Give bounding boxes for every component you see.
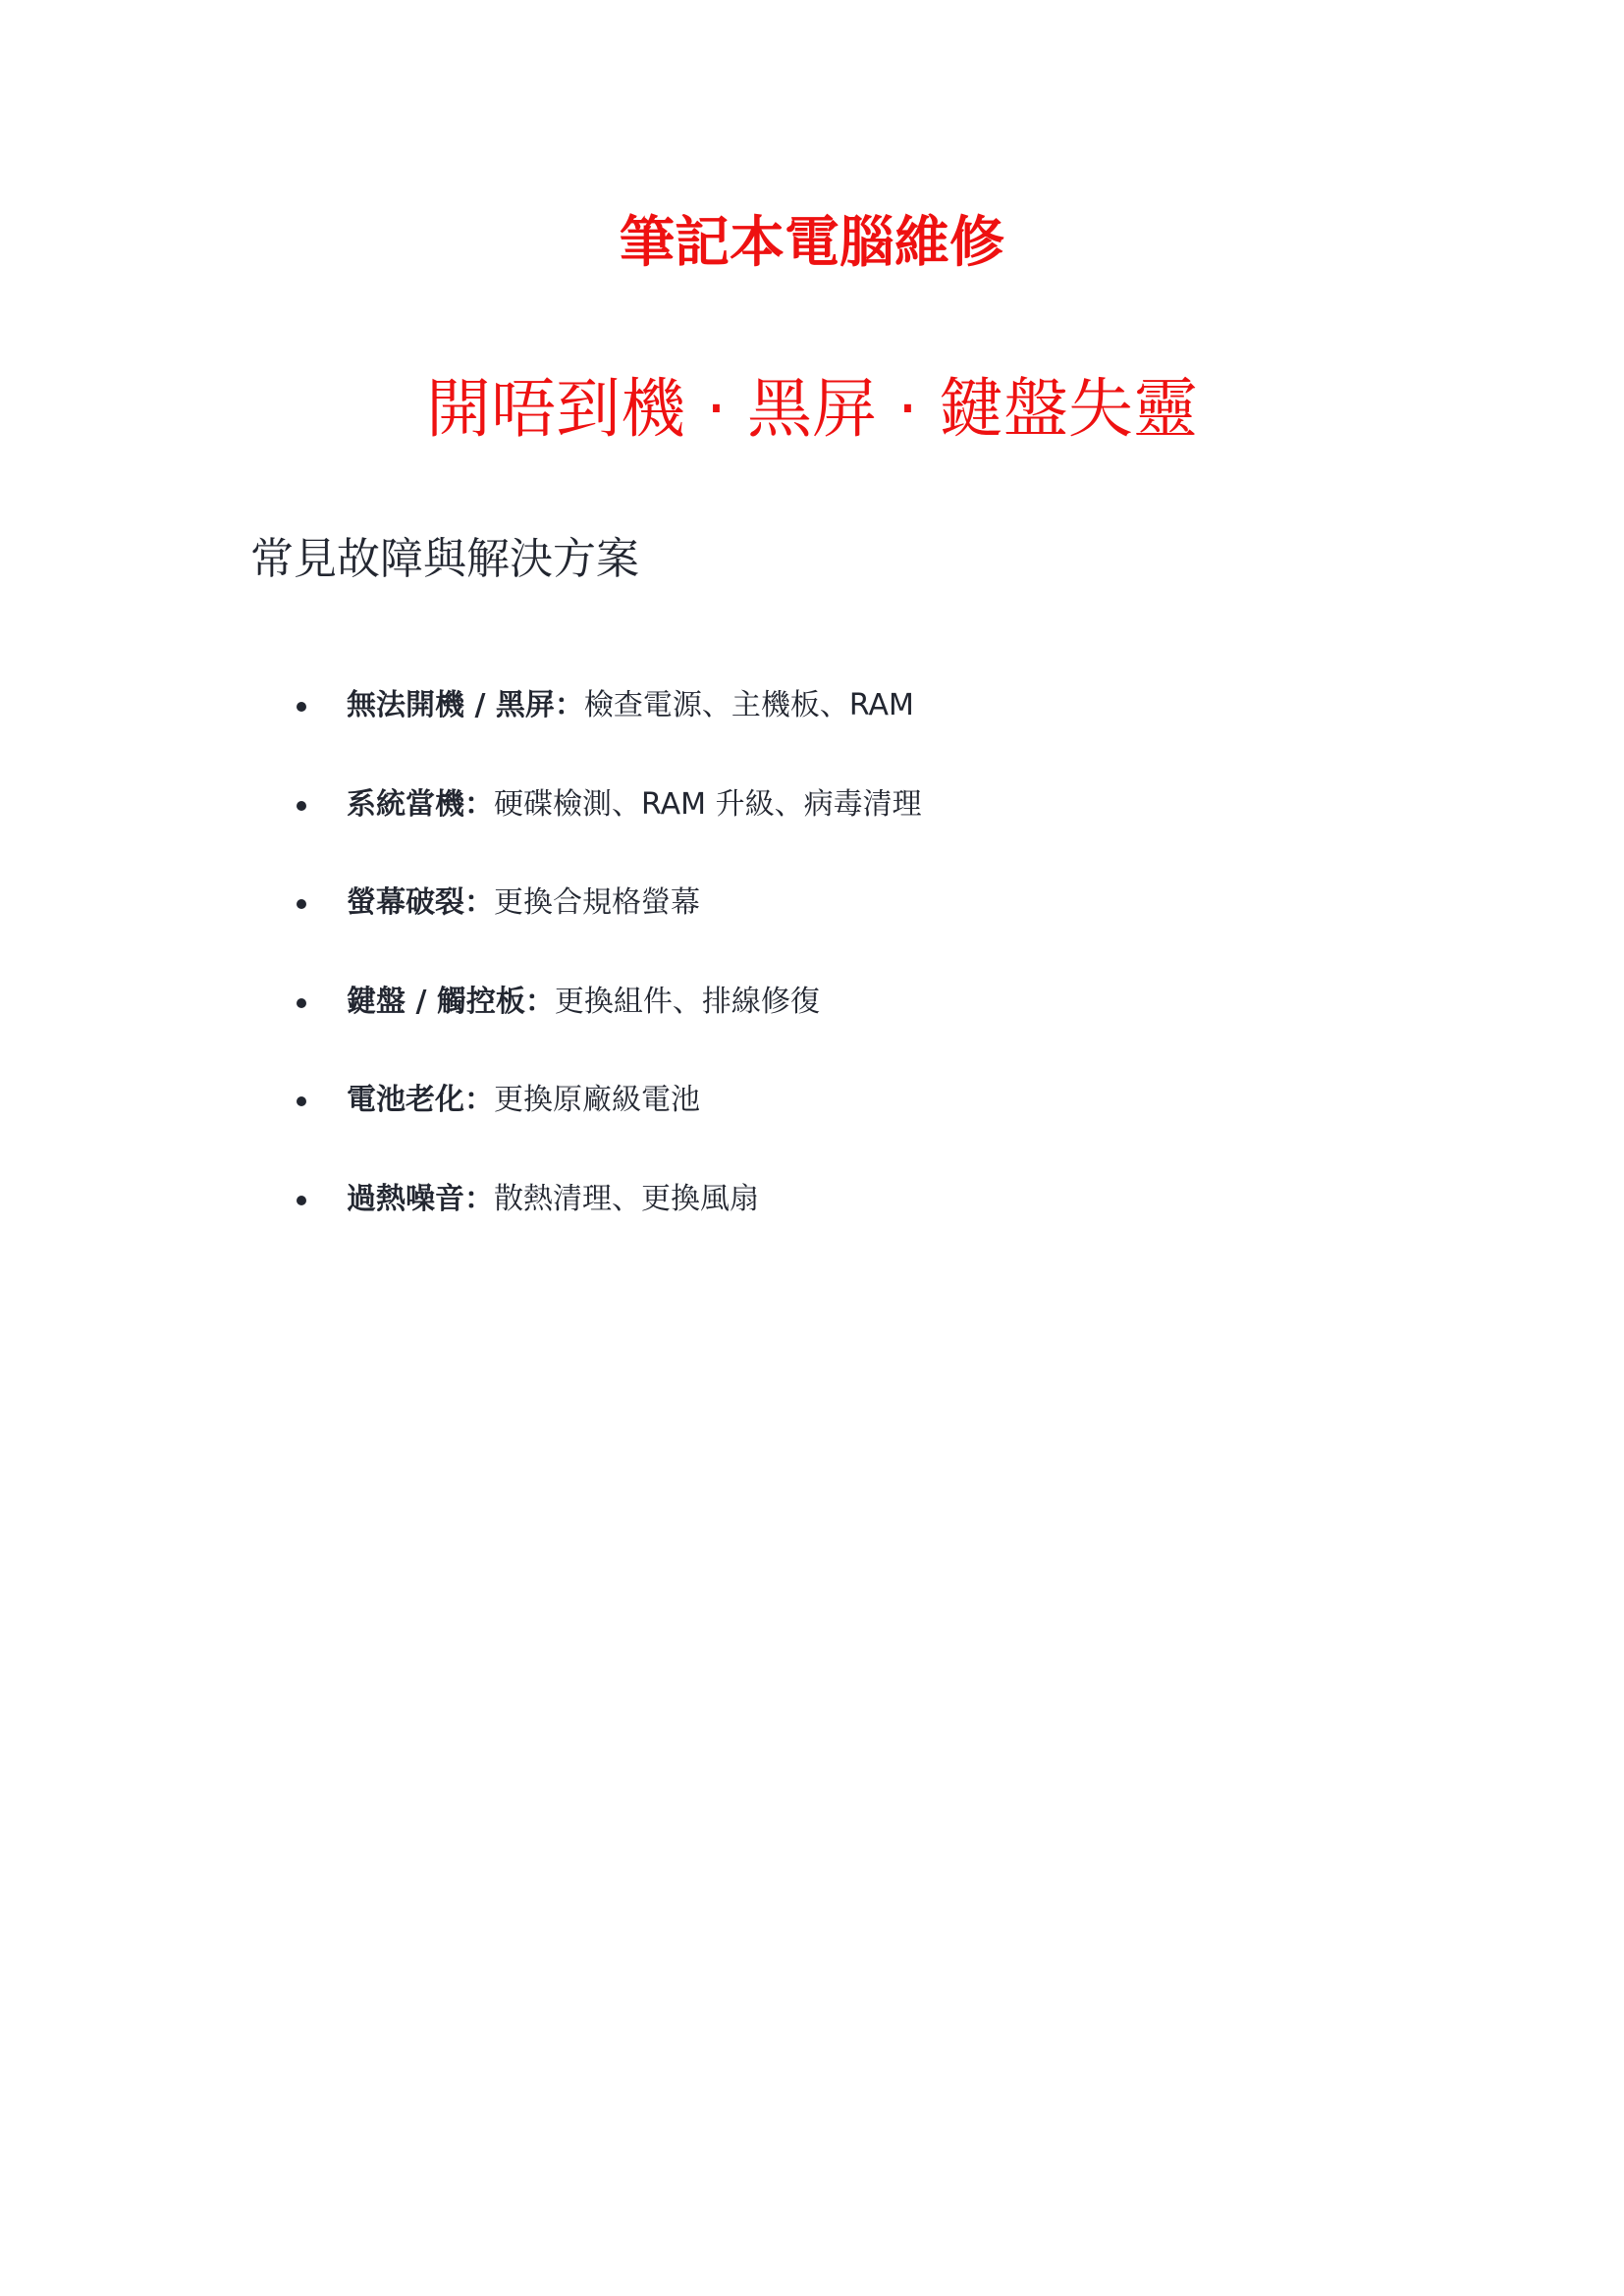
fault-label: 螢幕破裂： — [347, 885, 494, 920]
list-item-text: 過熱噪音：散熱清理、更換風扇 — [347, 1177, 759, 1222]
list-item: 無法開機 / 黑屏：檢查電源、主機板、RAM — [0, 671, 1624, 771]
section-heading: 常見故障與解決方案 — [250, 530, 639, 589]
fault-label: 電池老化： — [347, 1083, 494, 1117]
fault-description: 更換組件、排線修復 — [555, 985, 820, 1019]
bullet-icon — [297, 899, 306, 909]
list-item: 鍵盤 / 觸控板：更換組件、排線修復 — [0, 968, 1624, 1067]
list-item: 系統當機：硬碟檢測、RAM 升級、病毒清理 — [0, 771, 1624, 870]
list-item-text: 電池老化：更換原廠級電池 — [347, 1078, 700, 1123]
fault-description: 更換合規格螢幕 — [494, 885, 700, 920]
fault-description: 檢查電源、主機板、RAM — [584, 688, 914, 722]
document-page: 筆記本電腦維修 開唔到機 · 黑屏 · 鍵盤失靈 常見故障與解決方案 無法開機 … — [0, 0, 1624, 2296]
list-item-text: 系統當機：硬碟檢測、RAM 升級、病毒清理 — [347, 782, 922, 828]
bullet-icon — [297, 998, 306, 1008]
list-item: 過熱噪音：散熱清理、更換風扇 — [0, 1165, 1624, 1264]
fault-list: 無法開機 / 黑屏：檢查電源、主機板、RAM 系統當機：硬碟檢測、RAM 升級、… — [0, 671, 1624, 1263]
bullet-icon — [297, 702, 306, 712]
page-subtitle: 開唔到機 · 黑屏 · 鍵盤失靈 — [0, 365, 1624, 454]
fault-description: 更換原廠級電池 — [494, 1083, 700, 1117]
list-item-text: 螢幕破裂：更換合規格螢幕 — [347, 881, 700, 926]
fault-label: 鍵盤 / 觸控板： — [347, 985, 555, 1019]
fault-label: 無法開機 / 黑屏： — [347, 688, 584, 722]
list-item-text: 鍵盤 / 觸控板：更換組件、排線修復 — [347, 980, 820, 1025]
fault-label: 系統當機： — [347, 787, 494, 822]
bullet-icon — [297, 1096, 306, 1106]
bullet-icon — [297, 801, 306, 811]
page-title: 筆記本電腦維修 — [0, 208, 1624, 279]
list-item: 螢幕破裂：更換合規格螢幕 — [0, 869, 1624, 968]
fault-description: 散熱清理、更換風扇 — [494, 1182, 759, 1216]
fault-description: 硬碟檢測、RAM 升級、病毒清理 — [494, 787, 922, 822]
list-item-text: 無法開機 / 黑屏：檢查電源、主機板、RAM — [347, 683, 914, 728]
fault-label: 過熱噪音： — [347, 1182, 494, 1216]
bullet-icon — [297, 1196, 306, 1205]
list-item: 電池老化：更換原廠級電池 — [0, 1066, 1624, 1165]
